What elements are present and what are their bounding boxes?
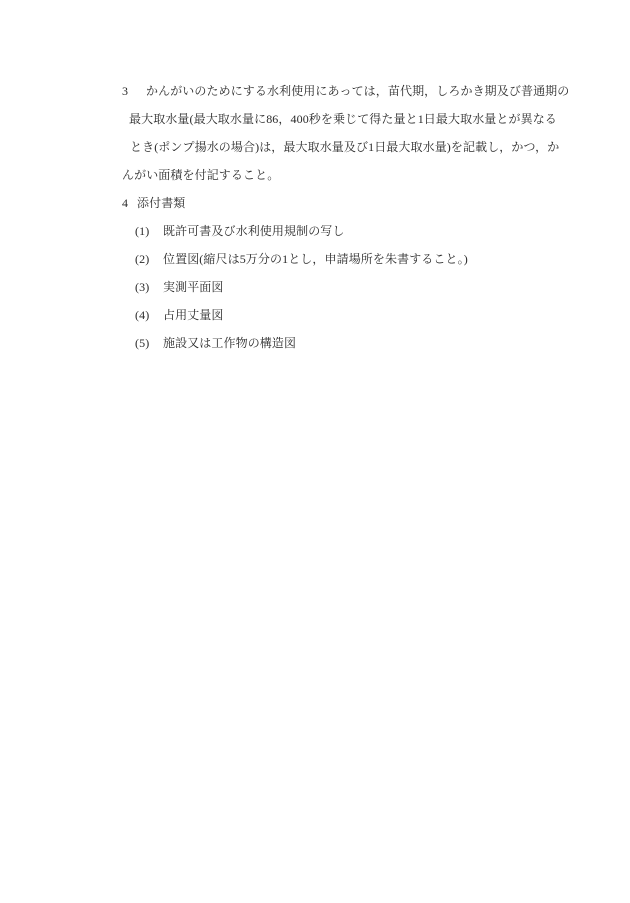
- paragraph-3-text-3: とき(ポンプ揚水の場合)は，最大取水量及び1日最大取水量)を記載し，かつ，か: [130, 140, 559, 154]
- paragraph-3-line-1: 3かんがいのためにする水利使用にあっては，苗代期，しろかき期及び普通期の: [122, 84, 569, 99]
- item-3-number: (3): [135, 280, 163, 295]
- paragraph-3-line-2: 最大取水量(最大取水量に86，400秒を乗じて得た量と1日最大取水量とが異なる: [129, 112, 557, 127]
- item-1-text: 既許可書及び水利使用規制の写し: [163, 224, 345, 238]
- attachment-item-3: (3)実測平面図: [135, 280, 224, 295]
- paragraph-3-text-1: かんがいのためにする水利使用にあっては，苗代期，しろかき期及び普通期の: [146, 84, 569, 98]
- section-4-heading: 4添付書類: [122, 196, 185, 211]
- section-4-number: 4: [122, 196, 137, 211]
- item-4-number: (4): [135, 308, 163, 323]
- paragraph-3-line-3: とき(ポンプ揚水の場合)は，最大取水量及び1日最大取水量)を記載し，かつ，か: [130, 140, 559, 155]
- item-5-text: 施設又は工作物の構造図: [163, 336, 296, 350]
- item-4-text: 占用丈量図: [163, 308, 224, 322]
- paragraph-3-line-4: んがい面積を付記すること。: [122, 168, 279, 183]
- section-4-title: 添付書類: [137, 196, 185, 210]
- paragraph-3-text-2: 最大取水量(最大取水量に86，400秒を乗じて得た量と1日最大取水量とが異なる: [129, 112, 557, 126]
- paragraph-3-text-4: んがい面積を付記すること。: [122, 168, 279, 182]
- attachment-item-5: (5)施設又は工作物の構造図: [135, 336, 296, 351]
- item-2-number: (2): [135, 252, 163, 267]
- item-3-text: 実測平面図: [163, 280, 224, 294]
- document-page: 3かんがいのためにする水利使用にあっては，苗代期，しろかき期及び普通期の 最大取…: [0, 0, 630, 903]
- item-5-number: (5): [135, 336, 163, 351]
- paragraph-3-number: 3: [122, 84, 146, 99]
- attachment-item-2: (2)位置図(縮尺は5万分の1とし，申請場所を朱書すること。): [135, 252, 468, 267]
- item-1-number: (1): [135, 224, 163, 239]
- item-2-text: 位置図(縮尺は5万分の1とし，申請場所を朱書すること。): [163, 252, 468, 266]
- attachment-item-4: (4)占用丈量図: [135, 308, 224, 323]
- attachment-item-1: (1)既許可書及び水利使用規制の写し: [135, 224, 345, 239]
